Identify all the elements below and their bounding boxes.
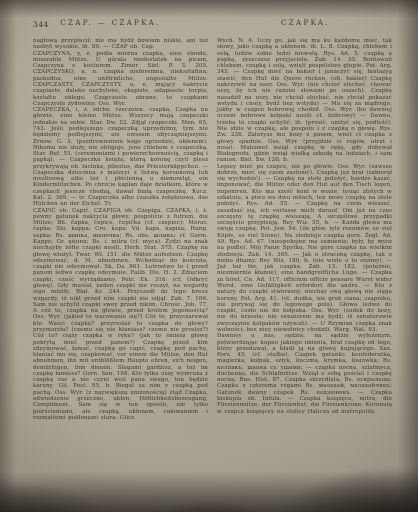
page-number: 344 — [33, 20, 49, 29]
scanned-book-page: 344 CZAP. — CZAPKA. CZAPKA. nagłową przy… — [0, 0, 418, 512]
paragraph-czapka-cont-1: Wych. N. 4. Uczy go, jak się ma ku każde… — [217, 38, 392, 164]
running-title-left: CZAP. — CZAPKA. — [58, 19, 163, 27]
page-header: 344 CZAP. — CZAPKA. CZAPKA. — [0, 19, 418, 31]
entry-czapczyna: CZAPCZYNA, y, ż. podła mierna czapka, ei… — [33, 51, 208, 108]
entry-czapka: CZAPIĆ ob. Capić. CZAPIGA ob. Czepiga. C… — [33, 208, 208, 422]
running-title-right: CZAPKA. — [228, 19, 383, 27]
paragraph-czapka-cont-3: Dawniey u nas, sędzia, na sądzie wyłożon… — [217, 333, 392, 415]
paragraph-continuation: nagłową przypłacił; nie ma bydź bowiem n… — [33, 38, 208, 51]
column-left: nagłową przypłacił; nie ma bydź bowiem n… — [33, 38, 208, 486]
entry-czapeczka: CZAPECZKA, i, ż. zdrbn. rzeczown. czapka… — [33, 107, 208, 208]
column-right: Wych. N. 4. Uczy go, jak się ma ku każde… — [217, 38, 392, 486]
paragraph-czapka-cont-2: Lepiey mieć po czapce, niż po głowie. Os… — [217, 164, 392, 334]
text-columns: nagłową przypłacił; nie ma bydź bowiem n… — [33, 38, 392, 486]
